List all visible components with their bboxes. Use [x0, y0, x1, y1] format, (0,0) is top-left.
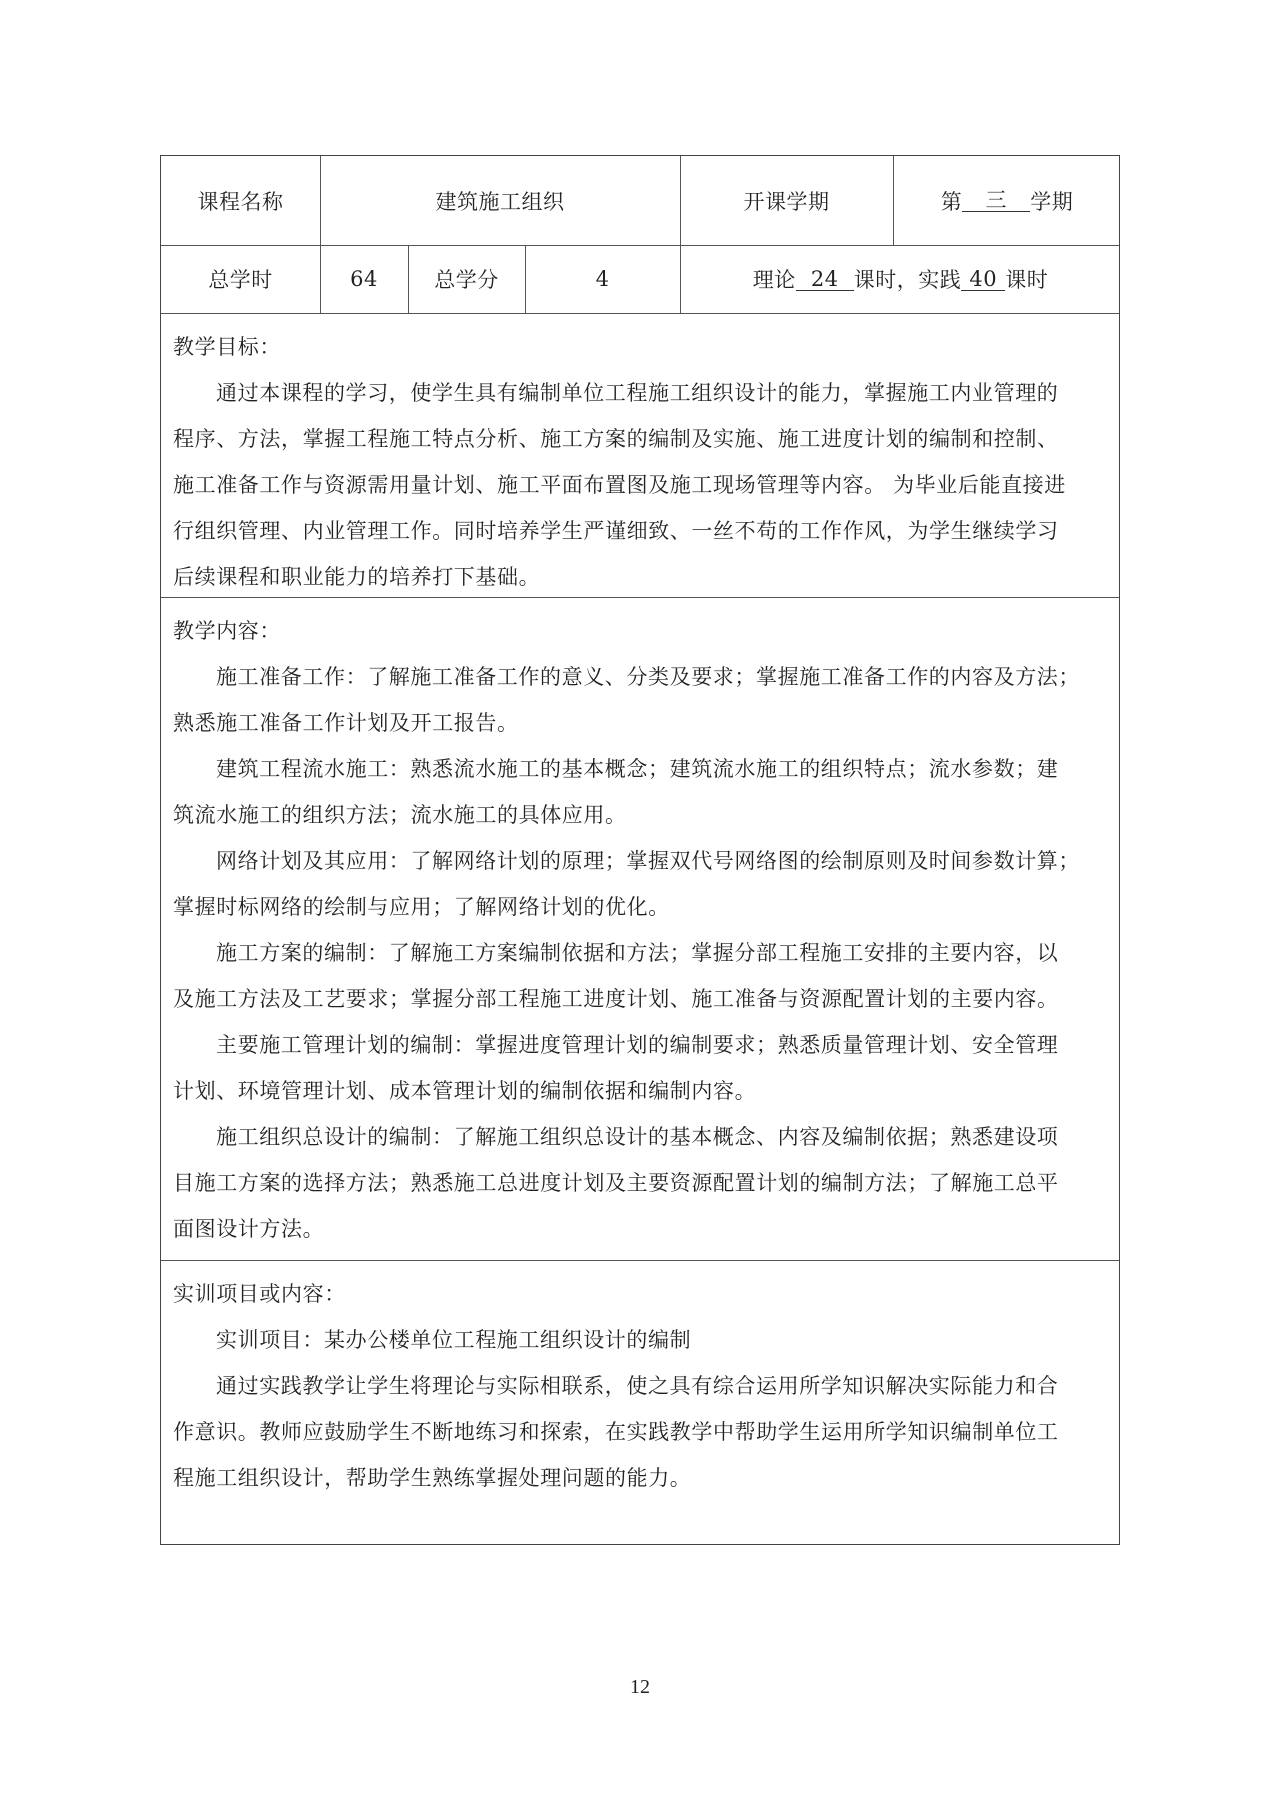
content-label: 教学内容：: [173, 608, 1113, 654]
row-divider: [161, 1260, 1119, 1261]
semester-number: 三: [962, 189, 1030, 212]
objectives-line: 行组织管理、内业管理工作。同时培养学生严谨细致、一丝不苟的工作作风，为学生继续学…: [173, 508, 1113, 554]
content-line: 建筑工程流水施工：熟悉流水施工的基本概念；建筑流水施工的组织特点；流水参数；建: [173, 746, 1113, 792]
content-line: 面图设计方法。: [173, 1206, 1113, 1252]
practice-suffix: 课时: [1005, 264, 1048, 294]
objectives-label: 教学目标：: [173, 324, 1113, 370]
objectives-line: 施工准备工作与资源需用量计划、施工平面布置图及施工现场管理等内容。 为毕业后能直…: [173, 462, 1113, 508]
hours-breakdown-cell: 理论24课时，实践40课时: [680, 245, 1121, 313]
content-line: 施工组织总设计的编制：了解施工组织总设计的基本概念、内容及编制依据；熟悉建设项: [173, 1114, 1113, 1160]
objectives-line: 后续课程和职业能力的培养打下基础。: [173, 554, 1113, 600]
content-line: 主要施工管理计划的编制：掌握进度管理计划的编制要求；熟悉质量管理计划、安全管理: [173, 1022, 1113, 1068]
content-line: 网络计划及其应用：了解网络计划的原理；掌握双代号网络图的绘制原则及时间参数计算；: [173, 838, 1113, 884]
theory-suffix: 课时，实践: [854, 264, 962, 294]
total-hours-value: 64: [320, 245, 408, 313]
practice-hours: 40: [961, 268, 1005, 291]
teaching-objectives-section: 教学目标： 通过本课程的学习，使学生具有编制单位工程施工组织设计的能力，掌握施工…: [173, 324, 1113, 600]
theory-hours: 24: [796, 268, 854, 291]
content-line: 熟悉施工准备工作计划及开工报告。: [173, 700, 1113, 746]
semester-value-cell: 第三学期: [893, 156, 1121, 245]
row-divider: [161, 313, 1119, 314]
teaching-content-section: 教学内容： 施工准备工作：了解施工准备工作的意义、分类及要求；掌握施工准备工作的…: [173, 608, 1113, 1252]
objectives-line: 通过本课程的学习，使学生具有编制单位工程施工组织设计的能力，掌握施工内业管理的: [173, 370, 1113, 416]
semester-suffix: 学期: [1030, 186, 1073, 216]
content-line: 计划、环境管理计划、成本管理计划的编制依据和编制内容。: [173, 1068, 1113, 1114]
training-line: 实训项目：某办公楼单位工程施工组织设计的编制: [173, 1317, 1113, 1363]
training-line: 通过实践教学让学生将理论与实际相联系，使之具有综合运用所学知识解决实际能力和合: [173, 1363, 1113, 1409]
semester-prefix: 第: [941, 186, 963, 216]
content-line: 及施工方法及工艺要求；掌握分部工程施工进度计划、施工准备与资源配置计划的主要内容…: [173, 976, 1113, 1022]
content-line: 筑流水施工的组织方法；流水施工的具体应用。: [173, 792, 1113, 838]
content-line: 施工准备工作：了解施工准备工作的意义、分类及要求；掌握施工准备工作的内容及方法；: [173, 654, 1113, 700]
training-section: 实训项目或内容： 实训项目：某办公楼单位工程施工组织设计的编制 通过实践教学让学…: [173, 1271, 1113, 1501]
training-line: 程施工组织设计，帮助学生熟练掌握处理问题的能力。: [173, 1455, 1113, 1501]
total-credits-label: 总学分: [408, 245, 525, 313]
course-name-value: 建筑施工组织: [320, 156, 680, 245]
course-info-table: 课程名称 建筑施工组织 开课学期 第三学期 总学时 64 总学分 4 理论24课…: [160, 155, 1120, 1545]
training-line: 作意识。教师应鼓励学生不断地练习和探索，在实践教学中帮助学生运用所学知识编制单位…: [173, 1409, 1113, 1455]
semester-label: 开课学期: [680, 156, 893, 245]
training-label: 实训项目或内容：: [173, 1271, 1113, 1317]
content-line: 施工方案的编制：了解施工方案编制依据和方法；掌握分部工程施工安排的主要内容，以: [173, 930, 1113, 976]
objectives-line: 程序、方法，掌握工程施工特点分析、施工方案的编制及实施、施工进度计划的编制和控制…: [173, 416, 1113, 462]
theory-prefix: 理论: [753, 264, 796, 294]
content-line: 掌握时标网络的绘制与应用；了解网络计划的优化。: [173, 884, 1113, 930]
course-name-label: 课程名称: [161, 156, 320, 245]
page-number: 12: [0, 1676, 1280, 1699]
content-line: 目施工方案的选择方法；熟悉施工总进度计划及主要资源配置计划的编制方法；了解施工总…: [173, 1160, 1113, 1206]
total-hours-label: 总学时: [161, 245, 320, 313]
document-page: 课程名称 建筑施工组织 开课学期 第三学期 总学时 64 总学分 4 理论24课…: [0, 0, 1280, 1810]
total-credits-value: 4: [525, 245, 680, 313]
